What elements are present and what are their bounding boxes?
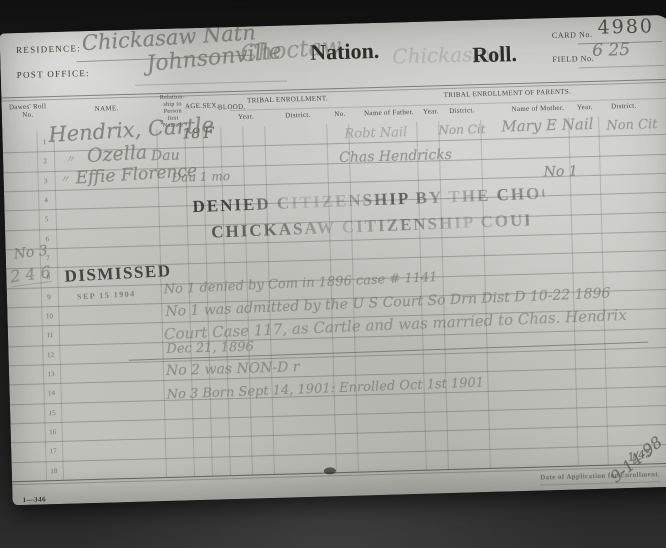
row1-sex: F — [203, 126, 214, 141]
row3-mother: No 1 — [543, 164, 577, 179]
table-row-rule — [11, 424, 666, 444]
col-name: NAME. — [62, 103, 152, 114]
table-row-rule — [10, 404, 666, 424]
row-line-number: 6 — [41, 235, 53, 243]
row3-relationship: Dau 1 mo — [171, 170, 230, 184]
row-line-number: 9 — [43, 293, 55, 301]
col-te-no: No. — [330, 110, 350, 119]
col-father-district: District. — [442, 106, 482, 115]
roll-label: Roll. — [472, 43, 517, 66]
row2-relationship: Dau — [151, 148, 180, 163]
dismissed-stamp: DISMISSED — [64, 262, 172, 285]
row-line-number: 2 — [39, 157, 51, 165]
row-line-number: 11 — [44, 331, 56, 339]
post-office-label: POST OFFICE: — [17, 69, 90, 80]
row-line-number: 12 — [44, 351, 56, 359]
field-no-label: FIELD No. — [552, 55, 594, 64]
card-no-label: CARD No. — [552, 31, 593, 40]
nation-label: Nation. — [310, 40, 380, 64]
post-office-underline — [135, 80, 287, 85]
row1-age: 18 — [182, 127, 200, 141]
col-te-year: Year. — [234, 112, 258, 121]
table-row-rule — [12, 443, 666, 463]
ink-smudge — [324, 467, 336, 474]
case-note-5: No 2 was NON-D r — [166, 360, 300, 378]
residence-label: RESIDENCE: — [16, 44, 81, 55]
col-father: Name of Father. — [354, 108, 424, 118]
date-leader-line — [540, 481, 660, 485]
case-note-1: No 1 denied by Com in 1896 case # 1141 — [163, 271, 437, 296]
col-mother: Name of Mother. — [500, 103, 576, 113]
row1-mother: Mary E Nail — [501, 117, 593, 135]
row-line-number: 4 — [40, 196, 52, 204]
col-mother-year: Year. — [574, 103, 596, 112]
field-no-value: 6 25 — [592, 42, 630, 60]
row-line-number: 15 — [46, 409, 58, 417]
form-number: 1—346 — [22, 496, 46, 504]
census-card-paper: RESIDENCE: Chickasaw Natn POST OFFICE: J… — [0, 15, 666, 506]
row2-surname-ditto: 〃 — [65, 155, 75, 165]
row-line-number: 16 — [47, 428, 59, 436]
row1-father: Robt Nail — [344, 126, 407, 141]
col-te-district: District. — [278, 111, 318, 120]
case-note-4: Dec 21, 1896 — [166, 340, 254, 355]
col-father-year: Year. — [420, 107, 442, 116]
case-note-6: No 3 Born Sept 14, 1901: Enrolled Oct 1s… — [166, 376, 484, 401]
row3-surname-ditto: 〃 — [60, 176, 70, 186]
card-no-value: 4980 — [597, 17, 654, 38]
row-line-number: 18 — [48, 467, 60, 475]
field-no-underline — [579, 65, 665, 68]
row-line-number: 14 — [46, 389, 58, 397]
row2-father: Chas Hendricks — [339, 148, 452, 165]
row-line-number: 17 — [47, 447, 59, 455]
denied-citizenship-stamp-line1: DENIED CITIZENSHIP BY THE CHOCTAW AND — [192, 185, 544, 215]
col-mother-district: District. — [602, 101, 646, 110]
date-of-application-label: Date of Application for Enrollment. — [540, 471, 660, 481]
row-line-number: 10 — [43, 312, 55, 320]
dismissed-date-stamp: SEP 15 1904 — [77, 290, 136, 301]
scanned-enrollment-card: RESIDENCE: Chickasaw Natn POST OFFICE: J… — [0, 0, 666, 548]
row-line-number: 5 — [41, 215, 53, 223]
row1-mother-district: Non Cit — [606, 118, 657, 132]
row-line-number: 3 — [40, 177, 52, 185]
row2-name: Ozella — [86, 143, 147, 166]
row1-father-district: Non Cit — [438, 123, 485, 136]
table-row-rule — [9, 347, 666, 367]
col-tribal-enrollment: TRIBAL ENROLLMENT. — [231, 94, 343, 105]
row-line-number: 13 — [45, 370, 57, 378]
margin-note-2: 2 4 6 — [9, 264, 52, 287]
col-dawes-roll-no: Dawes' Roll No. — [3, 102, 51, 119]
margin-note-1: No 3 — [13, 244, 48, 262]
